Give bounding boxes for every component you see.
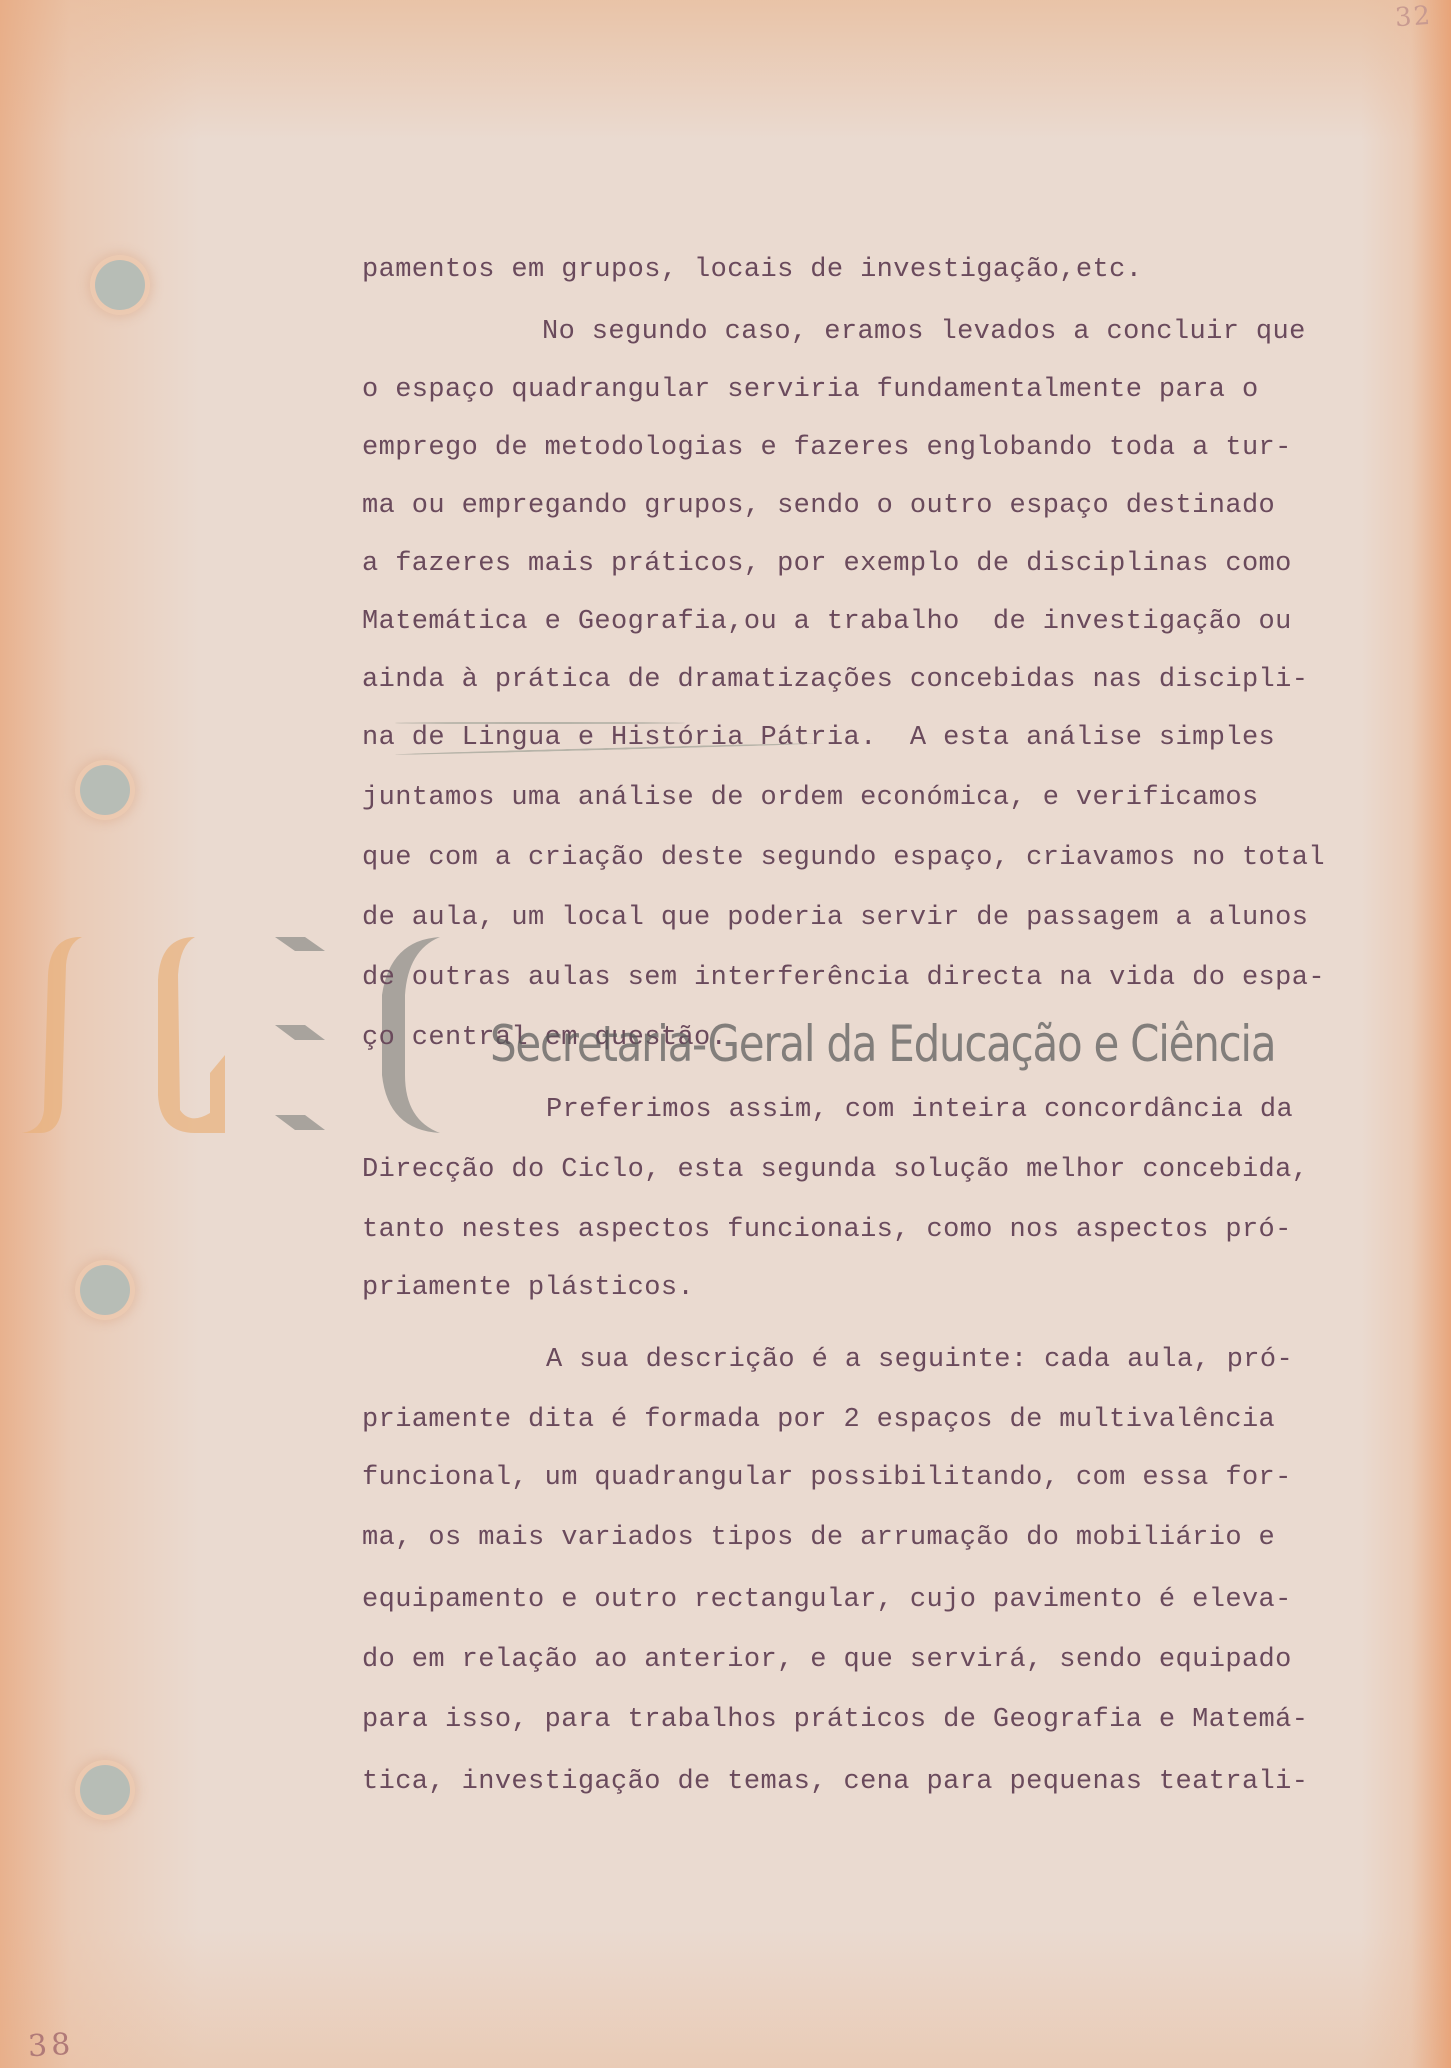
- text-line: emprego de metodologias e fazeres englob…: [362, 428, 1292, 468]
- logo-g-shape: [158, 937, 225, 1133]
- text-line: de aula, um local que poderia servir de …: [362, 898, 1308, 938]
- pencil-underline-mark: [395, 722, 685, 724]
- text-line: priamente dita é formada por 2 espaços d…: [362, 1400, 1275, 1440]
- logo-e-bar-middle: [275, 1025, 325, 1040]
- watermark-text: Secretaria-Geral da Educação e Ciência: [490, 1015, 1275, 1073]
- text-line: ma, os mais variados tipos de arrumação …: [362, 1518, 1275, 1558]
- text-line: a fazeres mais práticos, por exemplo de …: [362, 544, 1292, 584]
- handwritten-page-number-bottom: 38: [27, 2027, 75, 2064]
- text-line: juntamos uma análise de ordem económica,…: [362, 778, 1259, 818]
- handwritten-page-number-top: 32: [1394, 1, 1433, 34]
- punch-hole-4: [80, 1765, 130, 1815]
- text-line: ma ou empregando grupos, sendo o outro e…: [362, 486, 1275, 526]
- text-line: para isso, para trabalhos práticos de Ge…: [362, 1700, 1308, 1740]
- text-line: tanto nestes aspectos funcionais, como n…: [362, 1210, 1292, 1250]
- text-line: equipamento e outro rectangular, cujo pa…: [362, 1580, 1292, 1620]
- text-line: funcional, um quadrangular possibilitand…: [362, 1458, 1292, 1498]
- paragraph-start-line: No segundo caso, eramos levados a conclu…: [362, 312, 1306, 352]
- scanned-page: 32 pamentos em grupos, locais de investi…: [0, 0, 1451, 2068]
- text-line: Direcção do Ciclo, esta segunda solução …: [362, 1150, 1308, 1190]
- paragraph-start-line: A sua descrição é a seguinte: cada aula,…: [362, 1340, 1293, 1380]
- text-line: de outras aulas sem interferência direct…: [362, 958, 1325, 998]
- logo-e-bar-bottom: [275, 1115, 325, 1130]
- paragraph-start-line: Preferimos assim, com inteira concordânc…: [362, 1090, 1293, 1130]
- text-line: que com a criação deste segundo espaço, …: [362, 838, 1325, 878]
- text-line: pamentos em grupos, locais de investigaç…: [362, 250, 1142, 290]
- text-line: Matemática e Geografia,ou a trabalho de …: [362, 602, 1292, 642]
- text-line: priamente plásticos.: [362, 1268, 694, 1308]
- text-line: do em relação ao anterior, e que servirá…: [362, 1640, 1292, 1680]
- logo-s-shape: [22, 937, 82, 1133]
- text-line: tica, investigação de temas, cena para p…: [362, 1762, 1308, 1802]
- text-line: ainda à prática de dramatizações concebi…: [362, 660, 1308, 700]
- punch-hole-2: [80, 765, 130, 815]
- text-line: o espaço quadrangular serviria fundament…: [362, 370, 1259, 410]
- punch-hole-3: [80, 1265, 130, 1315]
- logo-e-bar-top: [275, 937, 325, 951]
- punch-hole-1: [95, 260, 145, 310]
